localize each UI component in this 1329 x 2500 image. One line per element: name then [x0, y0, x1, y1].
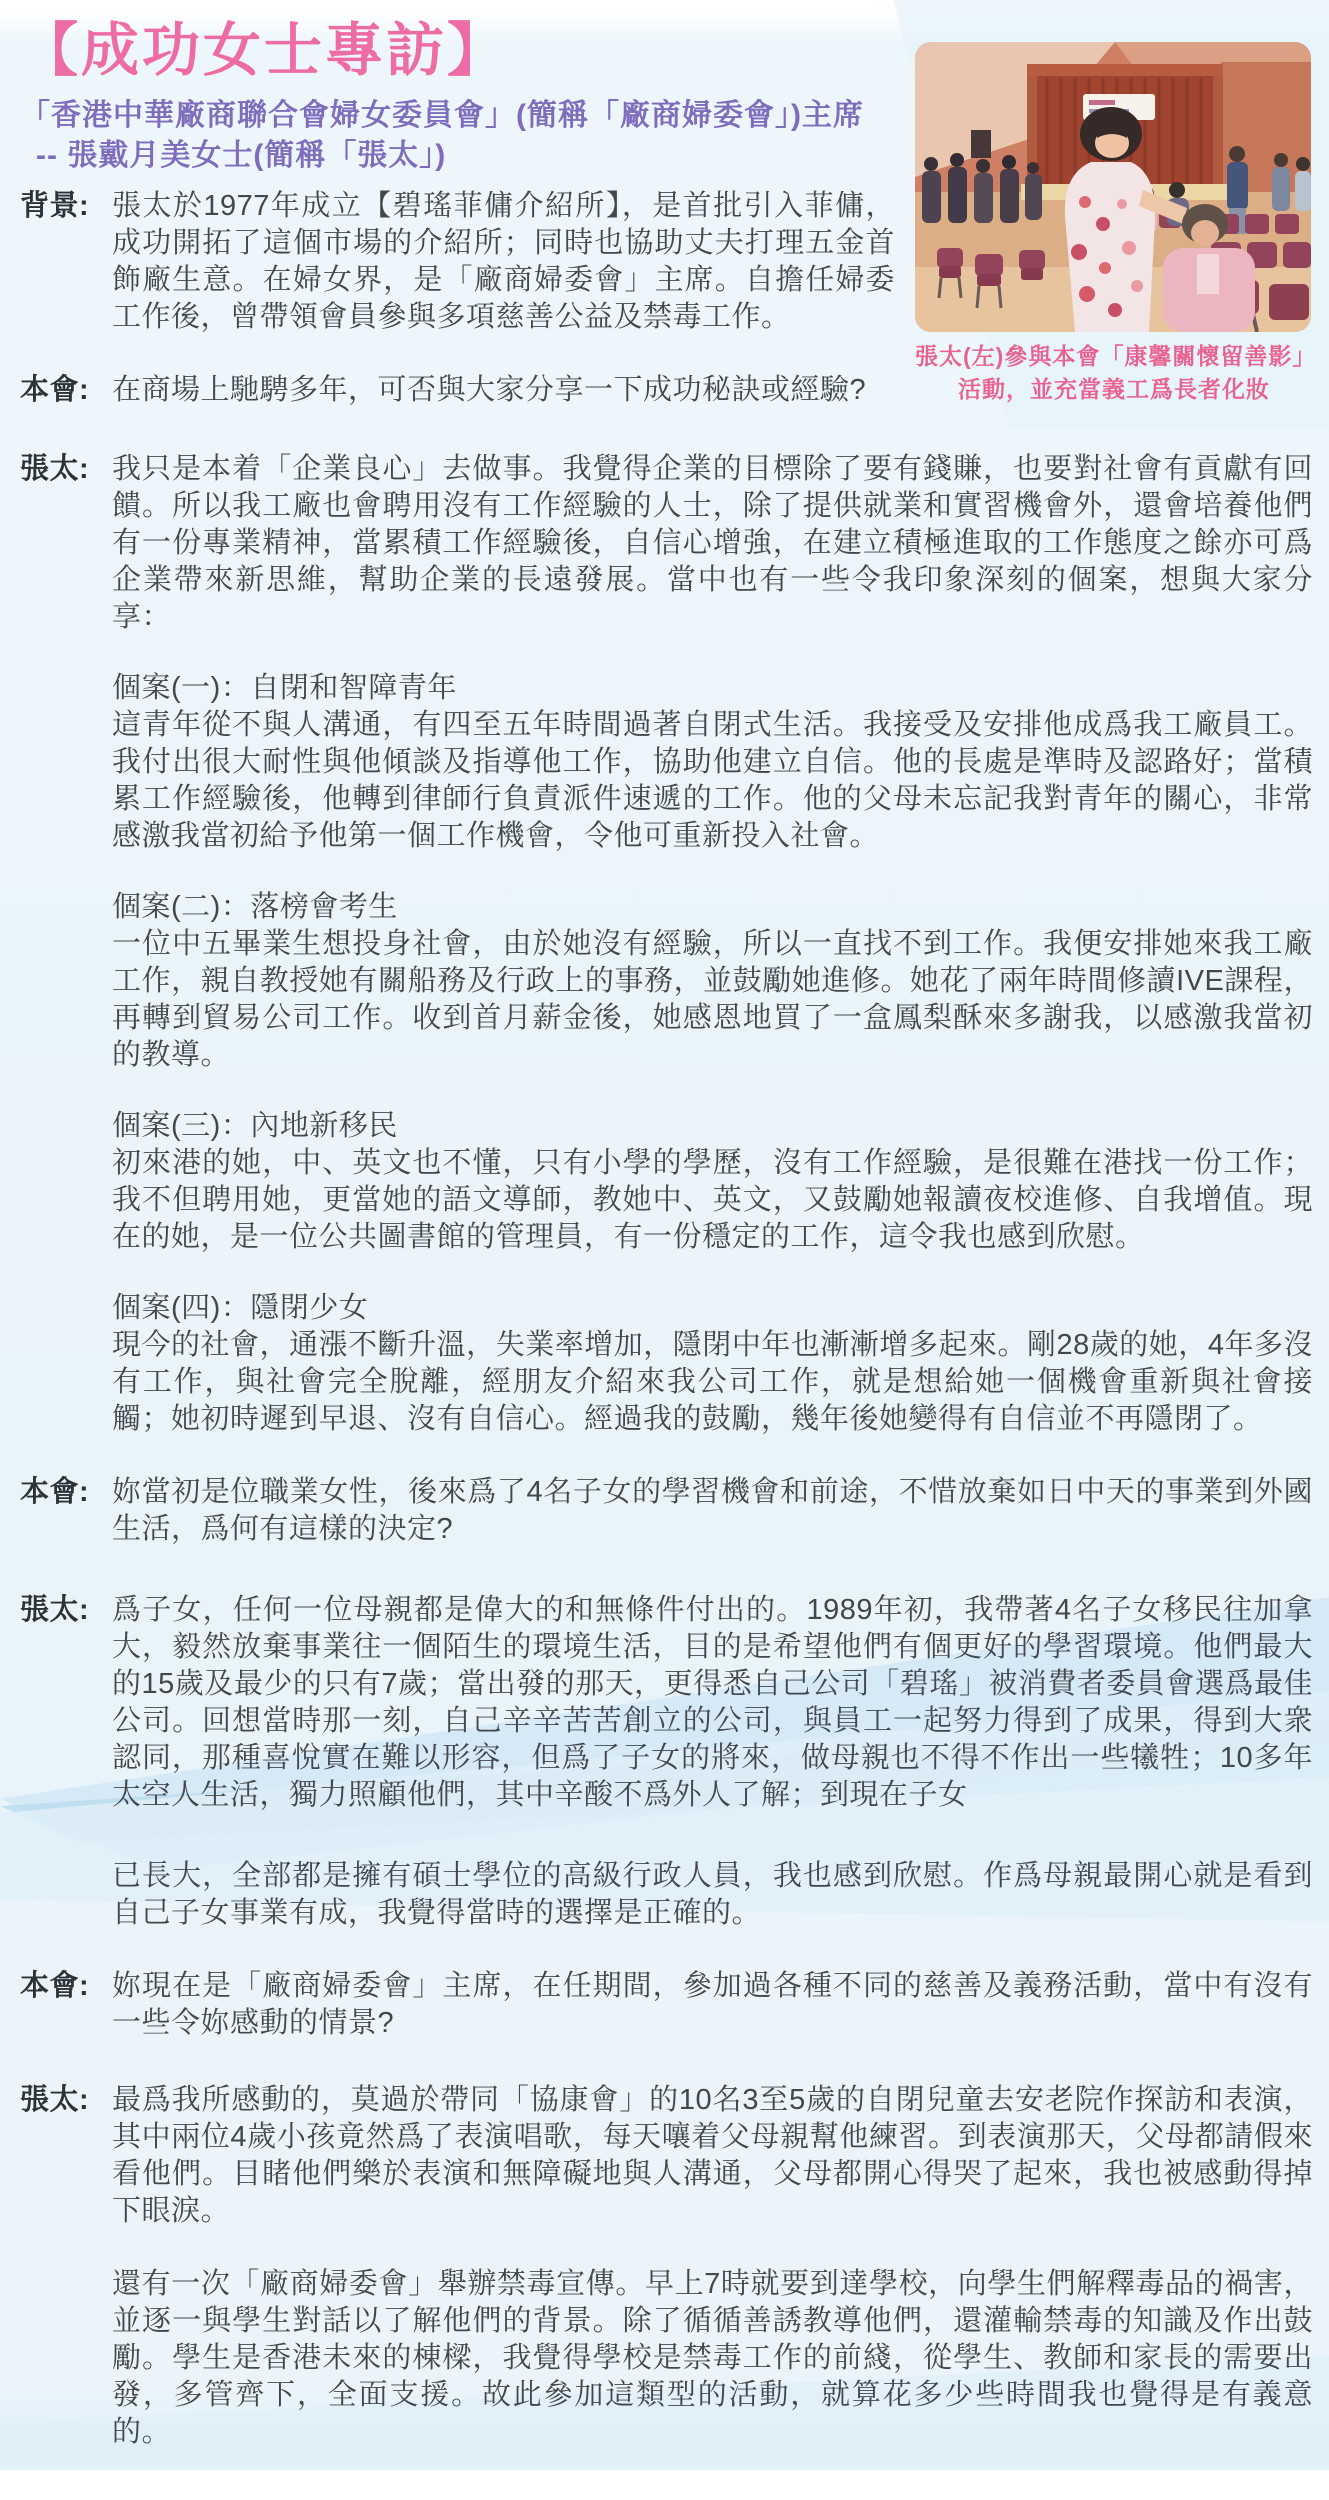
answer-continuation-row: 已長大，全部都是擁有碩士學位的高級行政人員，我也感到欣慰。作爲母親最開心就是看到… — [20, 1858, 1313, 1932]
answer-row-1: 張太: 我只是本着「企業良心」去做事。我覺得企業的目標除了要有錢賺，也要對社會有… — [20, 451, 1313, 636]
speaker-label-empty — [20, 1858, 112, 1932]
answer-row-2: 張太: 爲子女，任何一位母親都是偉大的和無條件付出的。1989年初，我帶著4名子… — [20, 1592, 1313, 1814]
answer-continuation-row-2: 還有一次「廠商婦委會」舉辦禁毒宣傳。早上7時就要到達學校，向學生們解釋毒品的禍害… — [20, 2266, 1313, 2451]
speaker-label: 本會: — [20, 1968, 112, 2042]
case-heading: 個案(四)：隱閉少女 — [112, 1290, 1313, 1327]
speaker-label-empty — [20, 2266, 112, 2451]
question-text: 妳當初是位職業女性，後來爲了4名子女的學習機會和前途，不惜放棄如日中天的事業到外… — [112, 1474, 1313, 1548]
question-row-1: 本會: 在商場上馳騁多年，可否與大家分享一下成功秘訣或經驗? — [20, 372, 895, 409]
question-row-3: 本會: 妳現在是「廠商婦委會」主席，在任期間，參加過各種不同的慈善及義務活動，當… — [20, 1968, 1313, 2042]
case-block-3: 個案(三)：內地新移民 初來港的她，中、英文也不懂，只有小學的學歷，沒有工作經驗… — [112, 1108, 1313, 1256]
photo-caption-line2: 活動，並充當義工爲長者化妝 — [915, 373, 1313, 406]
case-block-1: 個案(一)：自閉和智障青年 這青年從不與人溝通，有四至五年時間過著自閉式生活。我… — [112, 670, 1313, 855]
speaker-label: 張太: — [20, 1592, 112, 1814]
background-label: 背景: — [20, 188, 112, 336]
answer-continuation-text: 已長大，全部都是擁有碩士學位的高級行政人員，我也感到欣慰。作爲母親最開心就是看到… — [112, 1858, 1313, 1932]
speaker-label: 張太: — [20, 2082, 112, 2230]
case-body: 一位中五畢業生想投身社會，由於她沒有經驗，所以一直找不到工作。我便安排她來我工廠… — [112, 926, 1313, 1074]
case-body: 現今的社會，通漲不斷升溫，失業率增加，隱閉中年也漸漸增多起來。剛28歲的她，4年… — [112, 1327, 1313, 1438]
photo-elderly-face — [1191, 220, 1219, 246]
answer-text: 爲子女，任何一位母親都是偉大的和無條件付出的。1989年初，我帶著4名子女移民往… — [112, 1592, 1313, 1814]
event-photo-figure: 張太(左)參與本會「康馨關懷留善影」 活動，並充當義工爲長者化妝 — [915, 42, 1313, 406]
answer-row-3: 張太: 最爲我所感動的，莫過於帶同「協康會」的10名3至5歲的自閉兒童去安老院作… — [20, 2082, 1313, 2230]
background-section: 背景: 張太於1977年成立【碧瑤菲傭介紹所】，是首批引入菲傭，成功開拓了這個市… — [20, 188, 895, 336]
case-heading: 個案(三)：內地新移民 — [112, 1108, 1313, 1145]
case-body: 初來港的她，中、英文也不懂，只有小學的學歷，沒有工作經驗，是很難在港找一份工作；… — [112, 1145, 1313, 1256]
event-photo — [915, 42, 1311, 332]
question-text: 妳現在是「廠商婦委會」主席，在任期間，參加過各種不同的慈善及義務活動，當中有沒有… — [112, 1968, 1313, 2042]
question-text: 在商場上馳騁多年，可否與大家分享一下成功秘訣或經驗? — [112, 372, 895, 409]
case-block-4: 個案(四)：隱閉少女 現今的社會，通漲不斷升溫，失業率增加，隱閉中年也漸漸增多起… — [112, 1290, 1313, 1438]
answer-text: 最爲我所感動的，莫過於帶同「協康會」的10名3至5歲的自閉兒童去安老院作探訪和表… — [112, 2082, 1313, 2230]
article-content: 張太(左)參與本會「康馨關懷留善影」 活動，並充當義工爲長者化妝 【成功女士專訪… — [0, 0, 1329, 2451]
case-heading: 個案(二)：落榜會考生 — [112, 889, 1313, 926]
case-body: 這青年從不與人溝通，有四至五年時間過著自閉式生活。我接受及安排他成爲我工廠員工。… — [112, 707, 1313, 855]
case-block-2: 個案(二)：落榜會考生 一位中五畢業生想投身社會，由於她沒有經驗，所以一直找不到… — [112, 889, 1313, 1074]
question-row-2: 本會: 妳當初是位職業女性，後來爲了4名子女的學習機會和前途，不惜放棄如日中天的… — [20, 1474, 1313, 1548]
answer-continuation-text: 還有一次「廠商婦委會」舉辦禁毒宣傳。早上7時就要到達學校，向學生們解釋毒品的禍害… — [112, 2266, 1313, 2451]
speaker-label: 本會: — [20, 1474, 112, 1548]
background-text: 張太於1977年成立【碧瑤菲傭介紹所】，是首批引入菲傭，成功開拓了這個市場的介紹… — [112, 188, 895, 336]
speaker-label: 本會: — [20, 372, 112, 409]
speaker-label: 張太: — [20, 451, 112, 636]
photo-caption: 張太(左)參與本會「康馨關懷留善影」 活動，並充當義工爲長者化妝 — [915, 340, 1313, 406]
answer-text: 我只是本着「企業良心」去做事。我覺得企業的目標除了要有錢賺，也要對社會有貢獻有回… — [112, 451, 1313, 636]
magazine-page: 張太(左)參與本會「康馨關懷留善影」 活動，並充當義工爲長者化妝 【成功女士專訪… — [0, 0, 1329, 2500]
case-heading: 個案(一)：自閉和智障青年 — [112, 670, 1313, 707]
photo-caption-line1: 張太(左)參與本會「康馨關懷留善影」 — [915, 340, 1313, 373]
